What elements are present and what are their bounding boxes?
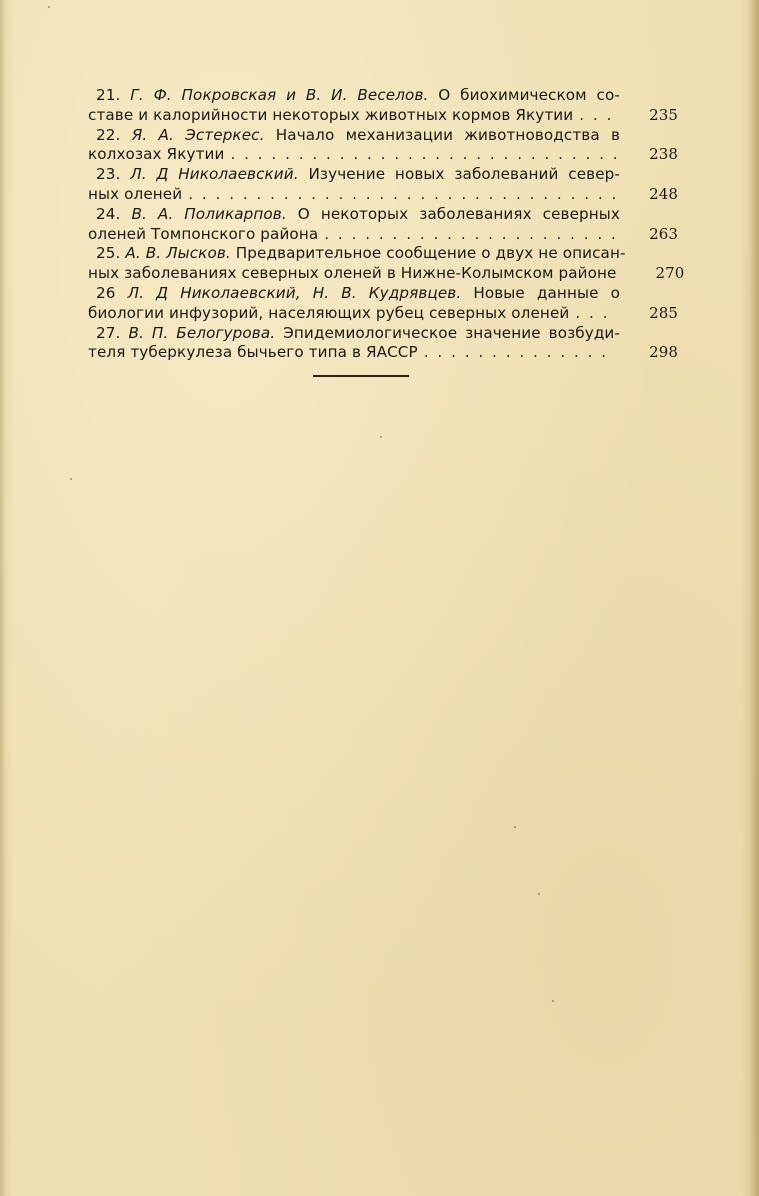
paper-speck (48, 6, 50, 8)
entry-title-continuation: теля туберкулеза бычьего типа в ЯАССР (88, 343, 418, 363)
entry-page-number: 248 (622, 185, 678, 205)
entry-number: 27. (96, 324, 120, 342)
toc-entry: 21. Г. Ф. Покровская и В. И. Веселов. О … (88, 86, 678, 126)
entry-authors: Я. А. Эстеркес. (132, 126, 265, 144)
entry-title-start: Эпидемиологическое значение возбуди- (283, 324, 620, 342)
entry-number: 24. (96, 205, 120, 223)
entry-page-number: 263 (622, 225, 678, 245)
entry-title-start: Изучение новых заболеваний север- (308, 165, 620, 183)
toc-entry: 22. Я. А. Эстеркес. Начало механизации ж… (88, 126, 678, 166)
entry-page-number: 238 (622, 145, 678, 165)
entry-title-continuation: ных заболеваниях северных оленей в Нижне… (88, 264, 616, 284)
paper-speck (380, 436, 382, 438)
entry-authors: А. В. Лысков. (125, 244, 230, 262)
toc-entry: 26 Л. Д Николаевский, Н. В. Кудрявцев. Н… (88, 284, 678, 324)
document-page: 21. Г. Ф. Покровская и В. И. Веселов. О … (0, 0, 759, 1196)
entry-number: 22. (96, 126, 120, 144)
entry-authors: В. А. Поликарпов. (131, 205, 286, 223)
entry-authors: Л. Д Николаевский. (130, 165, 298, 183)
entry-page-number: 270 (628, 264, 684, 284)
page-edge-left (0, 0, 6, 1196)
entry-title-continuation: колхозах Якутии (88, 145, 224, 165)
paper-speck (514, 826, 516, 828)
entry-title-start: Новые данные о (473, 284, 620, 302)
entry-title-continuation: оленей Томпонского района (88, 225, 318, 245)
entry-number: 21. (96, 86, 120, 104)
dot-leader (579, 106, 616, 126)
entry-page-number: 285 (622, 304, 678, 324)
entry-title-start: О некоторых заболеваниях северных (298, 205, 620, 223)
entry-page-number: 298 (622, 343, 678, 363)
entry-title-start: Начало механизации животноводства в (276, 126, 620, 144)
entry-authors: В. П. Белогурова. (128, 324, 275, 342)
paper-speck (552, 1000, 554, 1002)
dot-leader (575, 304, 616, 324)
entry-title-continuation: биологии инфузорий, населяющих рубец сев… (88, 304, 569, 324)
toc-entry: 25. А. В. Лысков. Предварительное сообще… (88, 244, 678, 284)
entry-title-continuation: ных оленей (88, 185, 182, 205)
toc-entry: 23. Л. Д Николаевский. Изучение новых за… (88, 165, 678, 205)
dot-leader (424, 343, 616, 363)
entry-authors: Л. Д Николаевский, Н. В. Кудрявцев. (128, 284, 462, 302)
toc-entry: 27. В. П. Белогурова. Эпидемиологическое… (88, 324, 678, 364)
dot-leader (188, 185, 616, 205)
entry-authors: Г. Ф. Покровская и В. И. Веселов. (130, 86, 428, 104)
entry-number: 26 (96, 284, 116, 302)
entry-page-number: 235 (622, 106, 678, 126)
paper-speck (70, 478, 72, 480)
dot-leader (324, 225, 616, 245)
section-divider-rule (313, 375, 409, 377)
entry-title-start: О биохимическом со- (438, 86, 620, 104)
page-edge-right (749, 0, 759, 1196)
entry-number: 25. (96, 244, 120, 262)
toc-entry: 24. В. А. Поликарпов. О некоторых заболе… (88, 205, 678, 245)
entry-title-start: Предварительное сообщение о двух не опис… (236, 244, 626, 262)
dot-leader (230, 145, 616, 165)
entry-title-continuation: ставе и калорийности некоторых животных … (88, 106, 573, 126)
entry-number: 23. (96, 165, 120, 183)
paper-speck (538, 893, 540, 895)
table-of-contents: 21. Г. Ф. Покровская и В. И. Веселов. О … (88, 86, 678, 363)
